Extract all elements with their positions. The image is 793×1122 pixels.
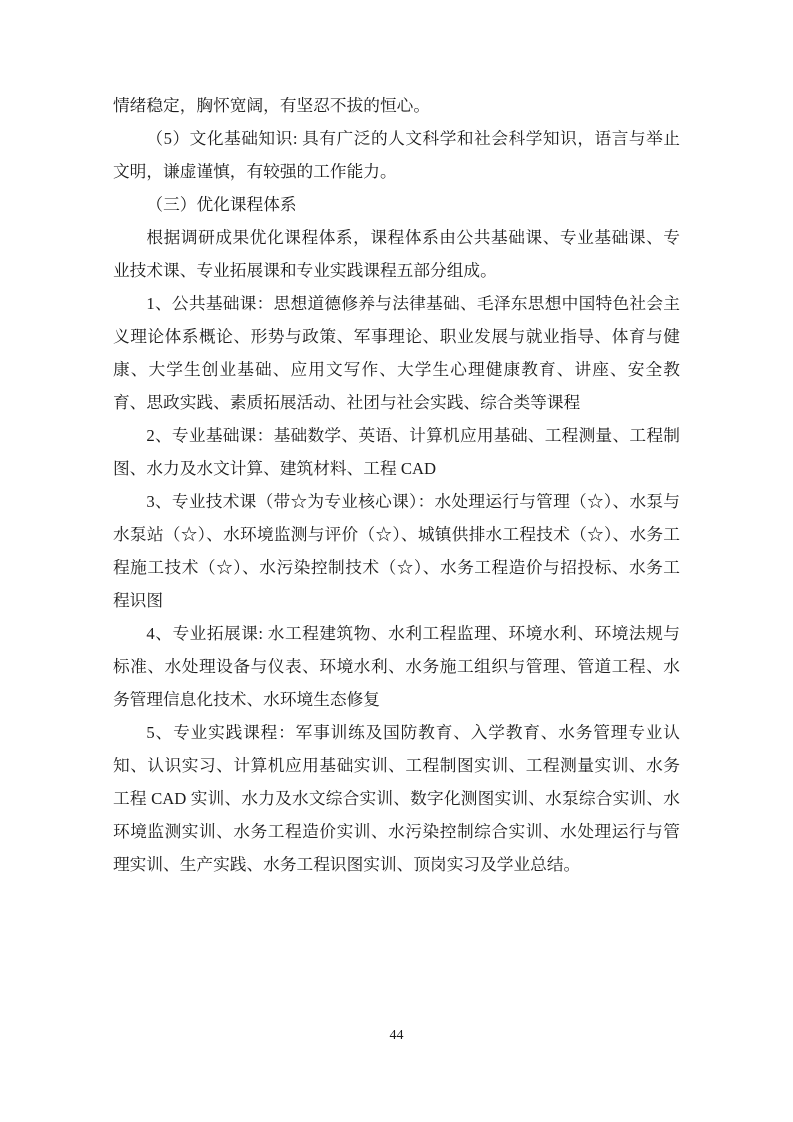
page-number: 44	[390, 1028, 404, 1043]
paragraph-cultural-foundation: （5）文化基础知识: 具有广泛的人文科学和社会科学知识，语言与举止文明，谦虚谨慎…	[113, 122, 680, 188]
paragraph-professional-extension-courses: 4、专业拓展课: 水工程建筑物、水利工程监理、环境水利、环境法规与标准、水处理设…	[113, 617, 680, 716]
page-footer: 44	[0, 1028, 793, 1044]
document-body: 情绪稳定，胸怀宽阔，有坚忍不拔的恒心。 （5）文化基础知识: 具有广泛的人文科学…	[113, 89, 680, 881]
paragraph-curriculum-overview: 根据调研成果优化课程体系，课程体系由公共基础课、专业基础课、专业技术课、专业拓展…	[113, 221, 680, 287]
section-heading-optimize-curriculum: （三）优化课程体系	[113, 188, 680, 221]
paragraph-professional-basic-courses: 2、专业基础课：基础数学、英语、计算机应用基础、工程测量、工程制图、水力及水文计…	[113, 419, 680, 485]
document-page: 情绪稳定，胸怀宽阔，有坚忍不拔的恒心。 （5）文化基础知识: 具有广泛的人文科学…	[0, 0, 793, 1122]
paragraph-professional-technical-courses: 3、专业技术课（带☆为专业核心课）：水处理运行与管理（☆）、水泵与水泵站（☆）、…	[113, 485, 680, 617]
paragraph-professional-practice-courses: 5、专业实践课程：军事训练及国防教育、入学教育、水务管理专业认知、认识实习、计算…	[113, 716, 680, 881]
paragraph-continuation: 情绪稳定，胸怀宽阔，有坚忍不拔的恒心。	[113, 89, 680, 122]
paragraph-public-basic-courses: 1、公共基础课：思想道德修养与法律基础、毛泽东思想中国特色社会主义理论体系概论、…	[113, 287, 680, 419]
